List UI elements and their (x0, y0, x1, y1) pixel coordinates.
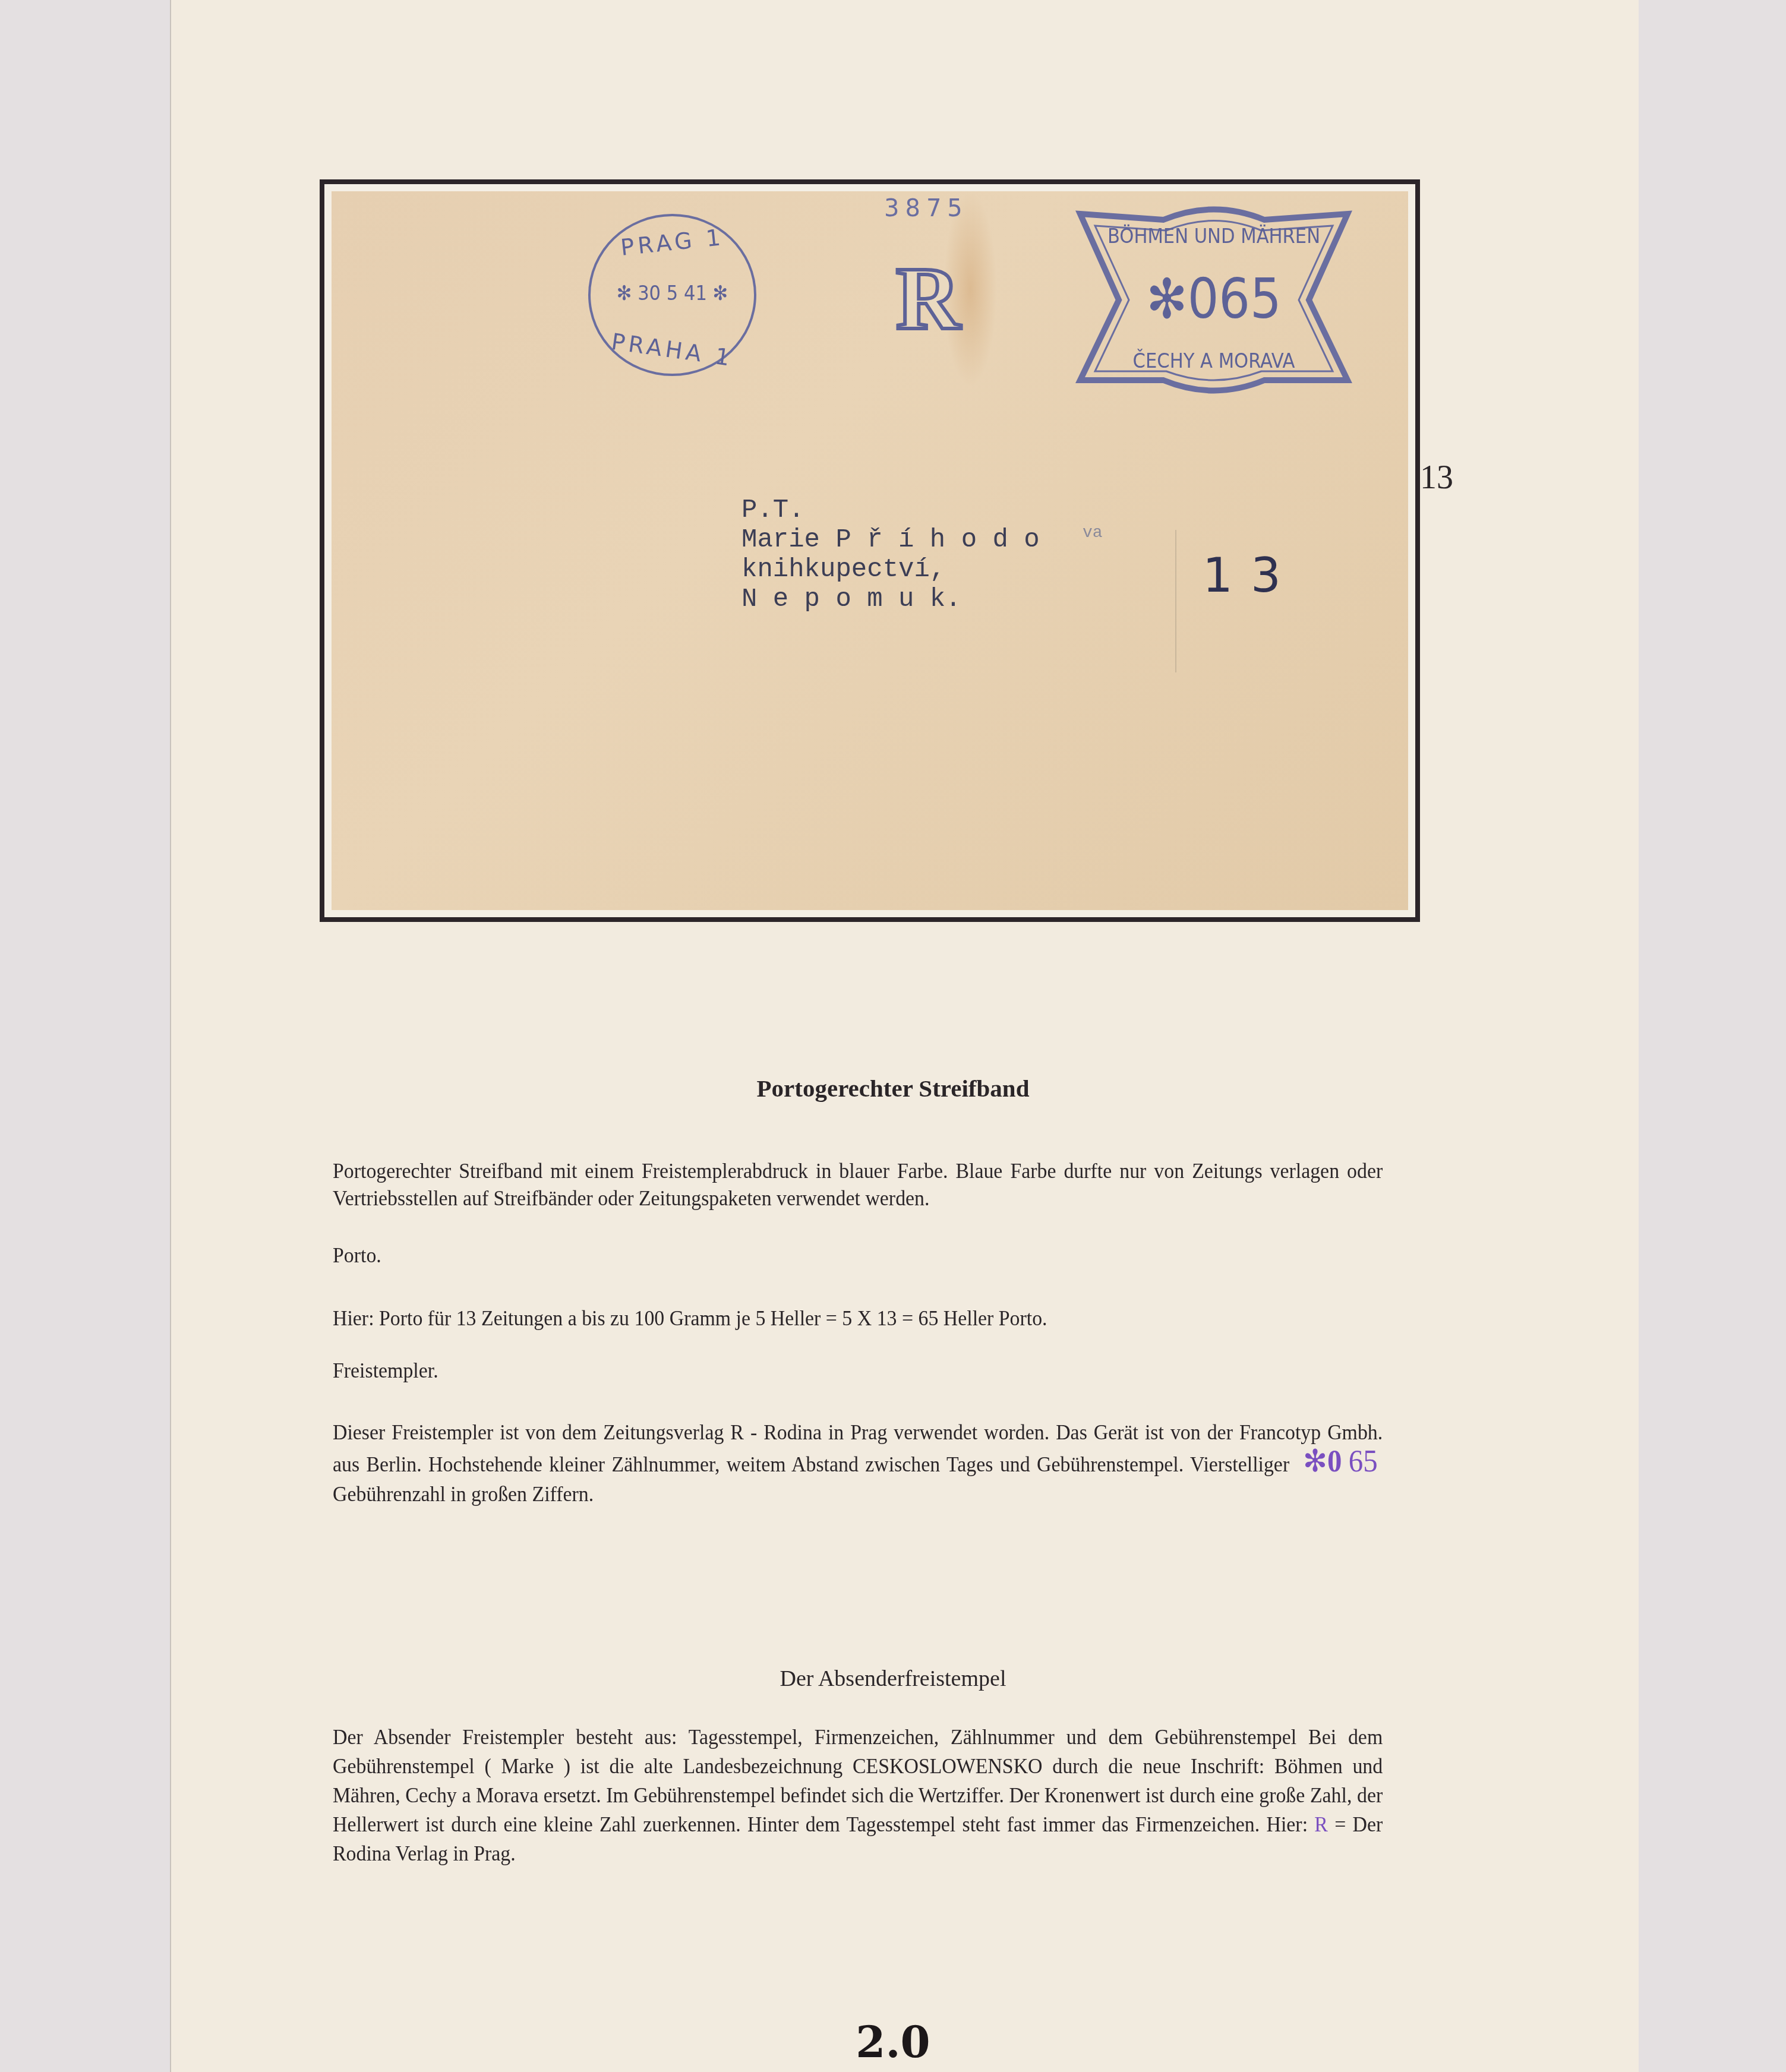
box-line (1175, 530, 1176, 672)
firm-mark: R (896, 248, 960, 350)
date-stamp: PRAG 1 ✻ 30 5 41 ✻ PRAHA 1 (588, 214, 756, 376)
paragraph-description: Portogerechter Streifband mit einem Frei… (333, 1157, 1383, 1212)
address-line: Marie P ř í h o d o (741, 525, 1040, 555)
value-zero: 0 (1327, 1445, 1342, 1479)
paragraph-text: Der Absender Freistempler besteht aus: T… (333, 1725, 1383, 1836)
paragraph-porto-calc: Hier: Porto für 13 Zeitungen a bis zu 10… (333, 1305, 1383, 1332)
paragraph-absender: Der Absender Freistempler besteht aus: T… (333, 1723, 1383, 1868)
address-block: P.T.Marie P ř í h o d oknihkupectví,N e … (741, 495, 1040, 614)
section-subtitle: Der Absenderfreistempel (0, 1666, 1786, 1692)
page-number: 2.0 (0, 2017, 1786, 2067)
envelope-frame: PRAG 1 ✻ 30 5 41 ✻ PRAHA 1 3875 R BÖHMEN… (320, 179, 1420, 922)
address-line: knihkupectví, (741, 555, 1040, 585)
item-number: 13 (1420, 459, 1453, 497)
date-stamp-date: ✻ 30 5 41 ✻ (591, 282, 754, 305)
newspaper-wrapper: PRAG 1 ✻ 30 5 41 ✻ PRAHA 1 3875 R BÖHMEN… (332, 191, 1408, 910)
paragraph-text: Dieser Freistempler ist von dem Zeitungs… (333, 1420, 1383, 1476)
meter-value: ✻065 (1074, 267, 1353, 331)
star-glyph-icon: ✻ (1303, 1445, 1327, 1479)
paragraph-freistempler: Dieser Freistempler ist von dem Zeitungs… (333, 1417, 1383, 1509)
paragraph-freistempler-heading: Freistempler. (333, 1357, 1383, 1384)
handwritten-count: 13 (1203, 548, 1299, 603)
paragraph-porto-heading: Porto. (333, 1242, 1383, 1269)
date-stamp-bottom-text: PRAHA 1 (589, 326, 755, 374)
address-line: P.T. (741, 495, 1040, 525)
address-faint-suffix: va (1083, 524, 1103, 542)
date-stamp-top-text: PRAG 1 (589, 221, 755, 264)
paragraph-text: Gebührenzahl in großen Ziffern. (333, 1482, 594, 1506)
meter-top-text: BÖHMEN UND MÄHREN (1074, 225, 1353, 248)
address-line: N e p o m u k. (741, 585, 1040, 614)
firm-mark-ref: R (1314, 1812, 1328, 1836)
value-hellers: 65 (1349, 1445, 1378, 1479)
meter-bottom-text: ČECHY A MORAVA (1074, 349, 1353, 373)
section-title: Portogerechter Streifband (0, 1074, 1786, 1103)
counter-number: 3875 (884, 195, 968, 222)
meter-stamp: BÖHMEN UND MÄHREN ✻065 ČECHY A MORAVA (1074, 202, 1353, 398)
